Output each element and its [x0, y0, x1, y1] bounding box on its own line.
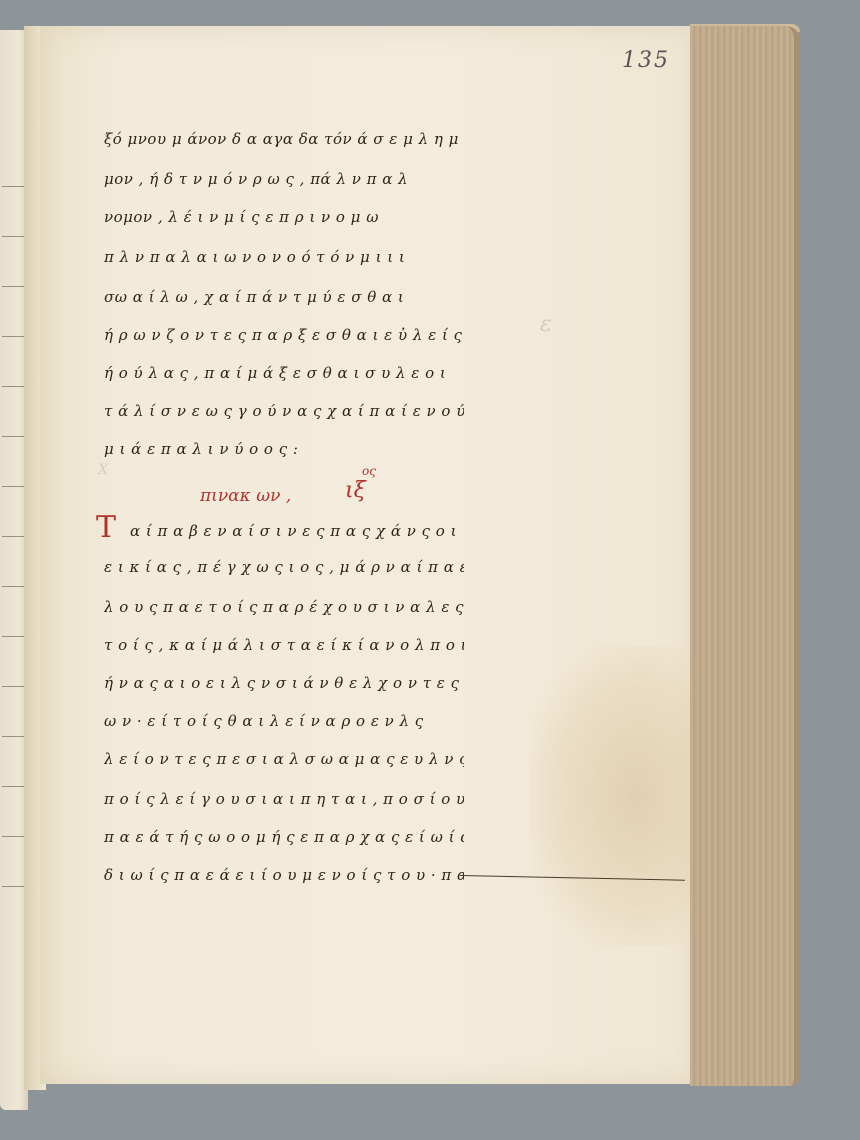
text-line: α ί π α β ε ν α ί σ ι ν ε ς π α ς χ ά ν … [130, 522, 460, 542]
margin-scribble: ε [540, 312, 552, 337]
facing-page-text-mark [2, 880, 24, 887]
text-line: σω α ί λ ω , χ α ί π ά ν τ μ ύ ε σ θ α ι [104, 288, 444, 308]
facing-page-text-mark [2, 430, 24, 437]
facing-page-text-mark [2, 330, 24, 337]
text-line: π ο ί ς λ ε ί γ ο υ σ ι α ι π η τ α ι , … [104, 790, 464, 810]
folio-number: 135 [622, 48, 670, 73]
facing-page-text-mark [2, 180, 24, 187]
facing-page-text-mark [2, 780, 24, 787]
text-line: τ ά λ ί σ ν ε ω ς γ ο ύ ν α ς χ α ί π α … [104, 402, 464, 422]
text-line: ή ρ ω ν ζ ο ν τ ε ς π α ρ ξ ε σ θ α ι ε … [104, 326, 464, 346]
rubric-numeral: ιξ [345, 478, 366, 503]
facing-page-text-mark [2, 280, 24, 287]
text-line: π α ε ά τ ή ς ω ο ο μ ή ς ε π α ρ χ α ς … [104, 828, 464, 848]
text-block-fore-edge [690, 26, 800, 1086]
text-line: δ ι ω ί ς π α ε ά ε ι ί ο υ μ ε ν ο ί ς … [104, 866, 464, 886]
facing-page-text-mark [2, 230, 24, 237]
text-line: ξό μνου μ άνον δ α αγα δα τόν ά σ ε μ λ … [104, 130, 464, 150]
text-line: π λ ν π α λ α ι ω ν ο ν ο ό τ ό ν μ ι ι … [104, 248, 444, 268]
facing-page-text-mark [2, 580, 24, 587]
text-line: τ ο ί ς , κ α ί μ ά λ ι σ τ α ε ί κ ί α … [104, 636, 464, 656]
rubric-heading: πινακ ων , [200, 486, 291, 506]
text-line: ή ο ύ λ α ς , π α ί μ ά ξ ε σ θ α ι σ υ … [104, 364, 444, 384]
text-line: λ ο υ ς π α ε τ ο ί ς π α ρ έ χ ο υ σ ι … [104, 598, 464, 618]
red-initial-letter: Τ [96, 510, 116, 545]
text-line: μον , ή δ τ ν μ ό ν ρ ω ς , πά λ ν π α λ [104, 170, 454, 190]
text-line: λ ε ί ο ν τ ε ς π ε σ ι α λ σ ω α μ α ς … [104, 750, 464, 770]
text-line: ή ν α ς α ι ο ε ι λ ς ν σ ι ά ν θ ε λ χ … [104, 674, 464, 694]
text-line: μ ι ά ε π α λ ι ν ύ ο ο ς : [104, 440, 324, 460]
text-line: ε ι κ ί α ς , π έ γ χ ω ς ι ο ς , μ ά ρ … [104, 558, 464, 578]
facing-page-text-mark [2, 530, 24, 537]
rubric-numeral-superscript: ος [362, 464, 376, 478]
text-line: νομον , λ έ ι ν μ ί ς ε π ρ ι ν ο μ ω [104, 208, 464, 228]
facing-page-text-mark [2, 630, 24, 637]
facing-page-text-mark [2, 830, 24, 837]
facing-page-text-mark [2, 380, 24, 387]
facing-page-text-mark [2, 730, 24, 737]
facing-page-text-mark [2, 480, 24, 487]
facing-page-text-mark [2, 680, 24, 687]
text-line: ω ν · ε ί τ ο ί ς θ α ι λ ε ί ν α ρ ο ε … [104, 712, 464, 732]
margin-cross-mark: X [98, 462, 108, 478]
